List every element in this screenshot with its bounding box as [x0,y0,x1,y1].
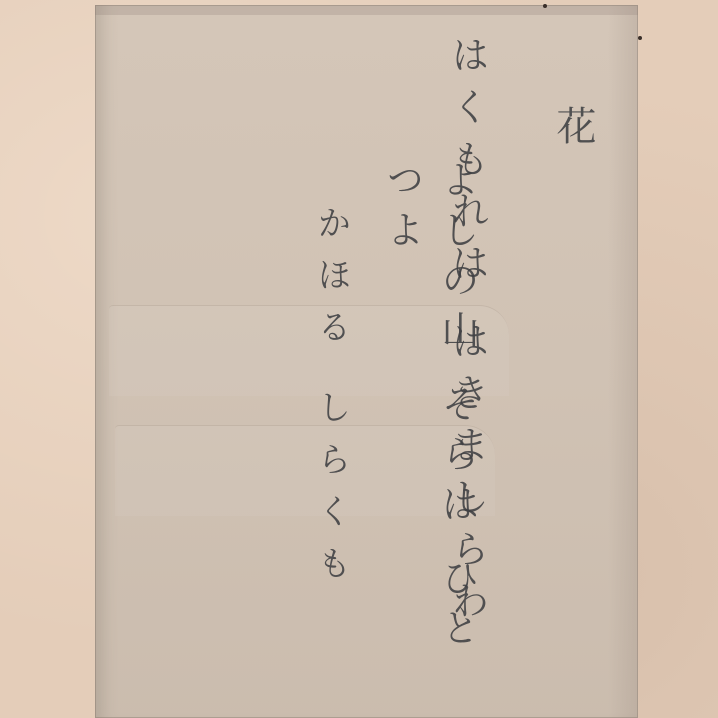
pin-mark [638,36,642,40]
pin-mark [543,4,547,8]
poem-column-2: よしの山 そらは ひとつよ [375,160,485,700]
sheet-top-edge [95,5,638,15]
poem-title: 花 [545,105,602,145]
sheet-right-edge [608,5,638,718]
poem-column-3: かほる しらくも [307,205,356,635]
